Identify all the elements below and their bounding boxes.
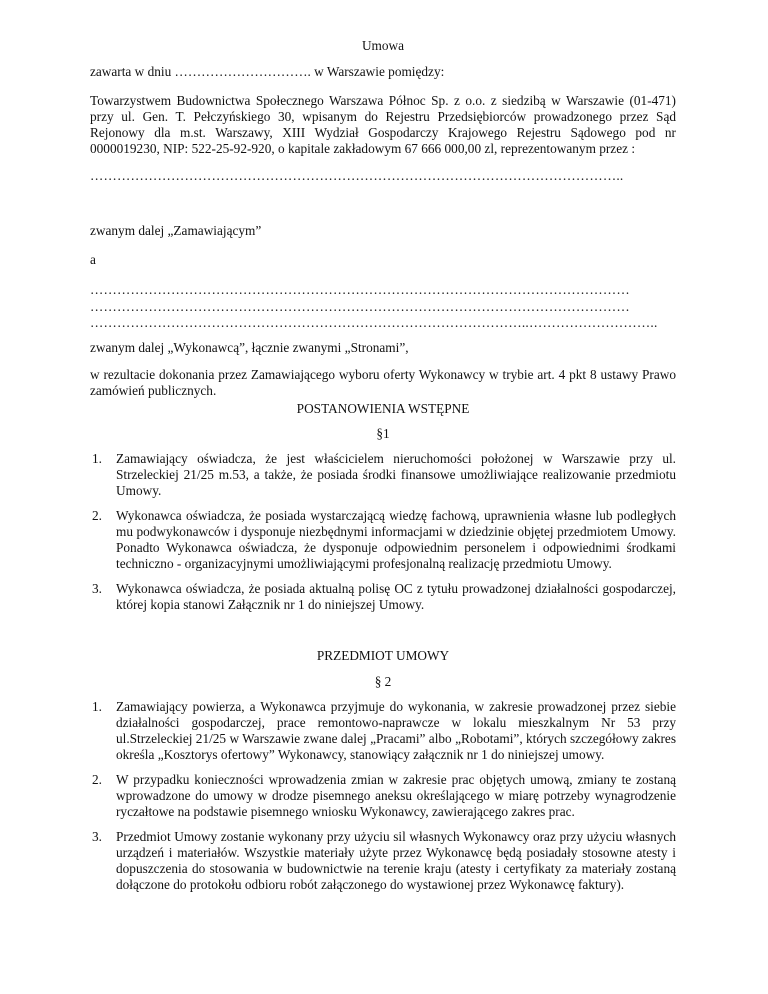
- list-item: 1.Zamawiający oświadcza, że jest właścic…: [90, 451, 676, 499]
- paragraph-mark-2: § 2: [90, 674, 676, 690]
- party2-blank-2: …………………………………………………………………………………………………………: [90, 299, 676, 315]
- section-heading-preliminary: POSTANOWIENIA WSTĘPNE: [90, 401, 676, 417]
- list-item: 2.Wykonawca oświadcza, że posiada wystar…: [90, 508, 676, 572]
- section-2-list: 1.Zamawiający powierza, a Wykonawca przy…: [90, 699, 676, 893]
- party2-blank-1: …………………………………………………………………………………………………………: [90, 282, 676, 298]
- list-item: 3.Przedmiot Umowy zostanie wykonany przy…: [90, 829, 676, 893]
- list-item: 1.Zamawiający powierza, a Wykonawca przy…: [90, 699, 676, 763]
- representative-blank: ……………………………………………………………………………………………………….…: [90, 168, 676, 184]
- list-item: 2.W przypadku konieczności wprowadzenia …: [90, 772, 676, 820]
- section-heading-subject: PRZEDMIOT UMOWY: [90, 648, 676, 664]
- section-1-list: 1.Zamawiający oświadcza, że jest właścic…: [90, 451, 676, 613]
- list-item: 3.Wykonawca oświadcza, że posiada aktual…: [90, 581, 676, 613]
- party1-alias: zwanym dalej „Zamawiającym”: [90, 223, 676, 239]
- paragraph-mark-1: §1: [90, 426, 676, 442]
- party2-blank-3: ……………………………………………………………………………………..…………………: [90, 315, 676, 331]
- intro-line: zawarta w dniu …………………………. w Warszawie p…: [90, 64, 676, 80]
- party1-description: Towarzystwem Budownictwa Społecznego War…: [90, 93, 676, 157]
- and-conjunction: a: [90, 252, 676, 268]
- result-text: w rezultacie dokonania przez Zamawiające…: [90, 367, 676, 399]
- party2-alias: zwanym dalej „Wykonawcą”, łącznie zwanym…: [90, 340, 676, 356]
- document-title: Umowa: [90, 38, 676, 54]
